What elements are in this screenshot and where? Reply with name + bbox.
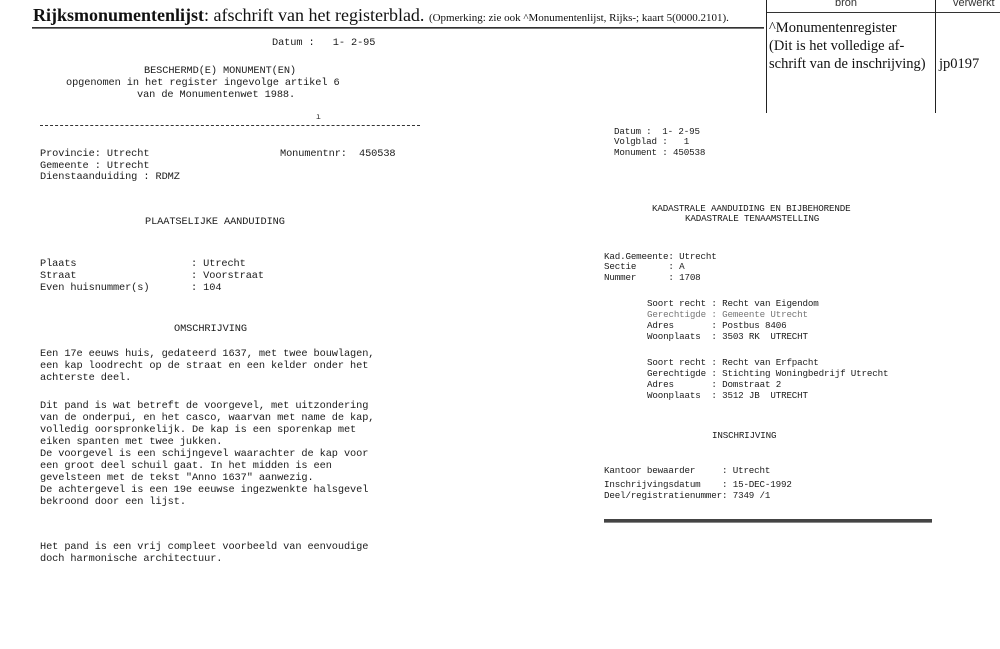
paragraph-line: doch harmonische architectuur. [40, 554, 222, 566]
location-value: : Voorstraat [191, 271, 264, 283]
paragraph-line: De voorgevel is een schijngevel waaracht… [40, 449, 368, 461]
recht-line: Woonplaats : 3512 JB UTRECHT [647, 391, 808, 402]
section-plaatselijke-aanduiding: PLAATSELIJKE AANDUIDING [145, 217, 285, 229]
deel-registratienummer: Deel/registratienummer: 7349 /1 [604, 491, 770, 502]
left-heading-2: opgenomen in het register ingevolge arti… [66, 78, 340, 90]
inschrijvingsdatum: Inschrijvingsdatum : 15-DEC-1992 [604, 480, 792, 491]
section-omschrijving: OMSCHRIJVING [174, 324, 247, 336]
location-value: : Utrecht [191, 259, 246, 271]
location-label: Even huisnummer(s) [40, 283, 149, 295]
paragraph-line: volledig oorspronkelijk. De kap is een s… [40, 425, 356, 437]
dashed-separator [40, 125, 420, 126]
left-heading-1: BESCHERMD(E) MONUMENT(EN) [144, 66, 296, 78]
recht-line: Adres : Postbus 8406 [647, 321, 786, 332]
recht-line: Soort recht : Recht van Eigendom [647, 299, 819, 310]
kantoor-bewaarder: Kantoor bewaarder : Utrecht [604, 466, 770, 477]
recht-line: Adres : Domstraat 2 [647, 380, 781, 391]
paragraph-line: eiken spanten met twee jukken. [40, 437, 222, 449]
paragraph-line: bekroond door een lijst. [40, 497, 186, 509]
paragraph-line: Een 17e eeuws huis, gedateerd 1637, met … [40, 349, 374, 361]
source-table: bron verwerkt ^Monumentenregister (Dit i… [766, 0, 1000, 113]
location-label: Straat [40, 271, 76, 283]
paragraph-line: De achtergevel is een 19e eeuwse ingezwe… [40, 485, 368, 497]
recht-line: Woonplaats : 3503 RK UTRECHT [647, 332, 808, 343]
document-title: Rijksmonumentenlijst: afschrift van het … [33, 5, 729, 26]
title-rest: : afschrift van het registerblad. [204, 5, 424, 25]
bron-line-2: (Dit is het volledige af- [769, 37, 904, 55]
kad-sectie: Sectie : A [604, 262, 684, 273]
bron-line-1: ^Monumentenregister [769, 19, 897, 37]
verwerkt-value: jp0197 [939, 55, 979, 73]
title-bold: Rijksmonumentenlijst [33, 5, 204, 25]
recht-line: Gerechtigde : Stichting Woningbedrijf Ut… [647, 369, 888, 380]
table-header-rule [767, 12, 1000, 13]
location-value: : 104 [191, 283, 221, 295]
bron-line-3: schrift van de inschrijving) [769, 55, 926, 73]
title-note: (Opmerking: zie ook ^Monumentenlijst, Ri… [429, 12, 729, 24]
paragraph-line: gevelsteen met de tekst "Anno 1637" aanw… [40, 473, 314, 485]
paragraph-line: van de onderpui, en het casco, waarvan m… [40, 413, 374, 425]
recht-line: Soort recht : Recht van Erfpacht [647, 358, 819, 369]
col-header-bron: bron [835, 0, 857, 9]
title-underline [32, 27, 764, 29]
left-datum: Datum : 1- 2-95 [272, 38, 375, 50]
paragraph-line: een groot deel schuil gaat. In het midde… [40, 461, 332, 473]
provincie: Provincie: Utrecht [40, 149, 149, 161]
meta-monument: Monument : 450538 [614, 148, 705, 159]
stray-mark: ı [316, 113, 321, 122]
kad-nummer: Nummer : 1708 [604, 273, 701, 284]
monumentnr: Monumentnr: 450538 [280, 149, 396, 161]
paragraph-line: achterste deel. [40, 373, 131, 385]
kadastrale-heading-2: KADASTRALE TENAAMSTELLING [685, 214, 819, 225]
paragraph-line: Dit pand is wat betreft de voorgevel, me… [40, 401, 368, 413]
col-header-verwerkt: verwerkt [953, 0, 995, 9]
section-inschrijving: INSCHRIJVING [712, 431, 776, 442]
bottom-rule [604, 519, 932, 523]
meta-volgblad: Volgblad : 1 [614, 137, 689, 148]
paragraph-line: Het pand is een vrij compleet voorbeeld … [40, 542, 368, 554]
recht-line: Gerechtigde : Gemeente Utrecht [647, 310, 808, 321]
paragraph-line: een kap loodrecht op de straat en een ke… [40, 361, 368, 373]
left-heading-3: van de Monumentenwet 1988. [137, 90, 295, 102]
location-label: Plaats [40, 259, 76, 271]
table-column-divider [935, 0, 936, 113]
dienstaanduiding: Dienstaanduiding : RDMZ [40, 172, 180, 184]
